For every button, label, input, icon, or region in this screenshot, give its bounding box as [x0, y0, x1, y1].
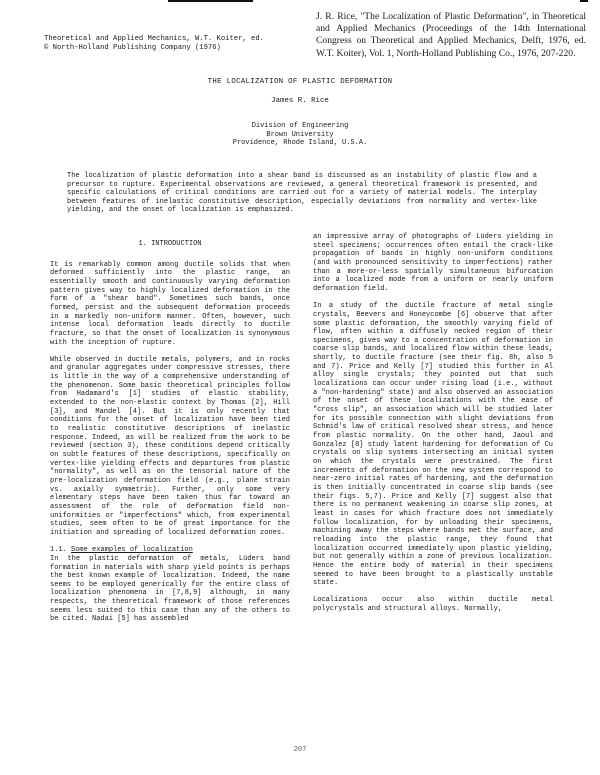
citation-note: J. R. Rice, "The Localization of Plastic… [316, 11, 586, 60]
affiliation: Division of Engineering Brown University… [0, 122, 600, 148]
abstract: The localization of plastic deformation … [67, 172, 537, 215]
paragraph: In a study of the ductile fracture of me… [313, 302, 553, 588]
paragraph: While observed in ductile metals, polyme… [50, 356, 290, 538]
affiliation-location: Providence, Rhode Island, U.S.A. [0, 139, 600, 148]
affiliation-division: Division of Engineering [0, 122, 600, 131]
journal-line-1: Theoretical and Applied Mechanics, W.T. … [44, 35, 264, 43]
scan-artifact-bar [580, 0, 588, 2]
affiliation-university: Brown University [0, 131, 600, 140]
left-column: 1. INTRODUCTION It is remarkably common … [50, 240, 290, 633]
subsection-number: 1.1. [50, 546, 67, 554]
journal-line-2: © North-Holland Publishing Company (1976… [44, 44, 221, 52]
scan-artifact-bar [168, 0, 253, 2]
paragraph: In the plastic deformation of metals, Lü… [50, 555, 290, 624]
journal-info: Theoretical and Applied Mechanics, W.T. … [44, 35, 264, 53]
subsection-title: Some examples of localization [71, 546, 193, 554]
paragraph: an impressive array of photographs of Lü… [313, 233, 553, 294]
paragraph: It is remarkably common among ductile so… [50, 261, 290, 348]
paper-title: THE LOCALIZATION OF PLASTIC DEFORMATION [0, 78, 600, 86]
paragraph: Localizations occur also within ductile … [313, 596, 553, 613]
page-number: 207 [0, 746, 600, 754]
section-heading-introduction: 1. INTRODUCTION [50, 240, 290, 249]
author-name: James R. Rice [0, 97, 600, 105]
right-column: an impressive array of photographs of Lü… [313, 233, 553, 622]
subsection-heading: 1.1. Some examples of localization [50, 546, 290, 555]
